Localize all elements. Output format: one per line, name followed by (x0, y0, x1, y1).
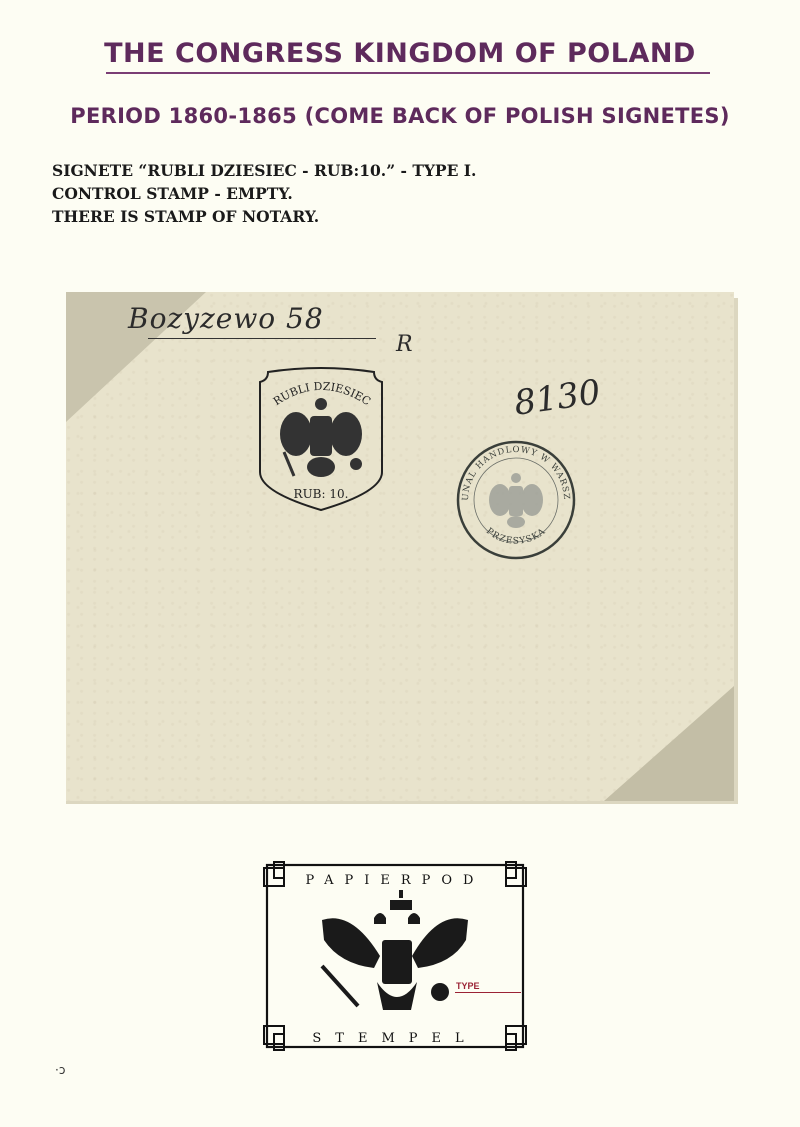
mount-corner-bottom-right (604, 686, 734, 801)
handwritten-name: Bozyzewo 58 (128, 302, 324, 335)
stamp-bottom-text: STEMPEL (312, 1031, 477, 1046)
description-line: CONTROL STAMP - EMPTY. (52, 182, 476, 205)
reference-stamp-frame: PAPIERPOD STEMPEL (262, 860, 528, 1052)
signet-bottom-text: RUB: 10. (294, 487, 349, 501)
svg-text:PRZESYSKA: PRZESYSKA (484, 526, 548, 546)
eagle-icon (489, 473, 543, 528)
stamp-top-text: PAPIERPOD (306, 873, 485, 888)
description-line: THERE IS STAMP OF NOTARY. (52, 205, 476, 228)
description-line: SIGNETE “RUBLI DZIESIEC - RUB:10.” - TYP… (52, 159, 476, 182)
description-block: SIGNETE “RUBLI DZIESIEC - RUB:10.” - TYP… (52, 159, 476, 228)
type-fill-line (455, 992, 521, 993)
page-mark: ·ɔ (55, 1063, 65, 1077)
double-headed-eagle-icon (322, 890, 468, 1010)
eagle-icon (280, 398, 362, 477)
page-subtitle: PERIOD 1860-1865 (COME BACK OF POLISH SI… (0, 104, 800, 128)
handwritten-number: 8130 (512, 372, 603, 424)
notary-seal: TRYBUNAL HANDLOWY W WARSZAWIE PRZESYSKA (454, 438, 578, 562)
handwritten-underline (148, 338, 376, 339)
title-underline (106, 72, 710, 74)
page-title: THE CONGRESS KINGDOM OF POLAND (0, 38, 800, 69)
seal-bottom-text: PRZESYSKA (484, 526, 548, 546)
signet-stamp: RUBLI DZIESIEC RUB: 10. (256, 364, 386, 512)
type-label: TYPE (456, 981, 480, 991)
handwritten-mark: R (396, 332, 413, 357)
document-scan: Bozyzewo 58 R 8130 RUBLI DZIESIEC RUB: 1… (66, 292, 734, 801)
